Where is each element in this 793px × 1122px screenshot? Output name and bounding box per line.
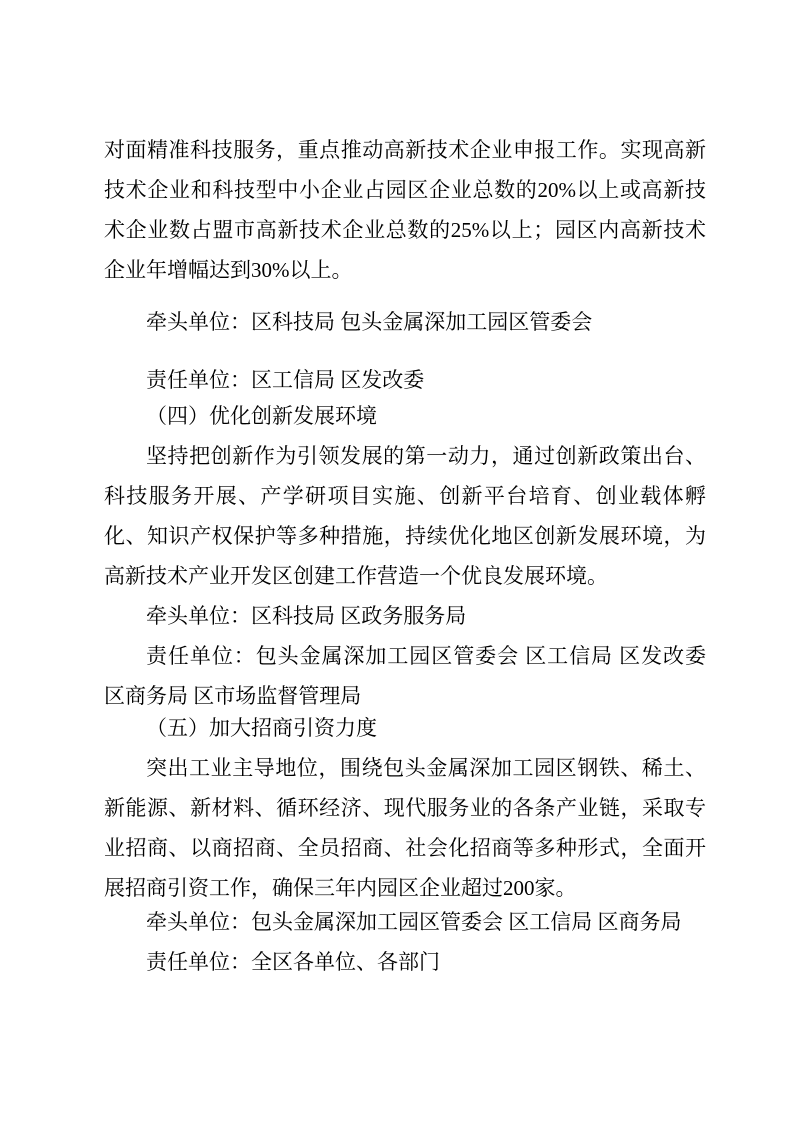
- body-text-line: 新能源、新材料、循环经济、现代服务业的各条产业链，采取专: [104, 788, 706, 828]
- body-text-line: 化、知识产权保护等多种措施，持续优化地区创新发展环境，为: [104, 516, 706, 556]
- body-text-line: 业招商、以商招商、全员招商、社会化招商等多种形式，全面开: [104, 828, 706, 868]
- lead-unit-line: 牵头单位：区科技局 包头金属深加工园区管委会: [104, 302, 706, 342]
- document-page: 对面精准科技服务，重点推动高新技术企业申报工作。实现高新 技术企业和科技型中小企…: [0, 0, 793, 1122]
- lead-unit-line: 牵头单位：包头金属深加工园区管委会 区工信局 区商务局: [104, 902, 706, 942]
- body-text-line: 高新技术产业开发区创建工作营造一个优良发展环境。: [104, 556, 706, 596]
- section-5-heading: （五）加大招商引资力度: [104, 708, 706, 748]
- body-text-line: 突出工业主导地位，围绕包头金属深加工园区钢铁、稀土、: [104, 748, 706, 788]
- responsible-unit-line: 责任单位：区工信局 区发改委: [104, 360, 706, 400]
- document-text-block: 对面精准科技服务，重点推动高新技术企业申报工作。实现高新 技术企业和科技型中小企…: [104, 130, 706, 982]
- body-text-line: 坚持把创新作为引领发展的第一动力，通过创新政策出台、: [104, 436, 706, 476]
- lead-unit-line: 牵头单位：区科技局 区政务服务局: [104, 596, 706, 636]
- responsible-unit-line: 责任单位：包头金属深加工园区管委会 区工信局 区发改委: [104, 636, 706, 676]
- body-text-line: 企业年增幅达到30%以上。: [104, 250, 706, 290]
- body-text-line: 对面精准科技服务，重点推动高新技术企业申报工作。实现高新: [104, 130, 706, 170]
- responsible-unit-line: 责任单位：全区各单位、各部门: [104, 942, 706, 982]
- body-text-line: 术企业数占盟市高新技术企业总数的25%以上；园区内高新技术: [104, 210, 706, 250]
- section-4-heading: （四）优化创新发展环境: [104, 396, 706, 436]
- body-text-line: 技术企业和科技型中小企业占园区企业总数的20%以上或高新技: [104, 170, 706, 210]
- body-text-line: 科技服务开展、产学研项目实施、创新平台培育、创业载体孵: [104, 476, 706, 516]
